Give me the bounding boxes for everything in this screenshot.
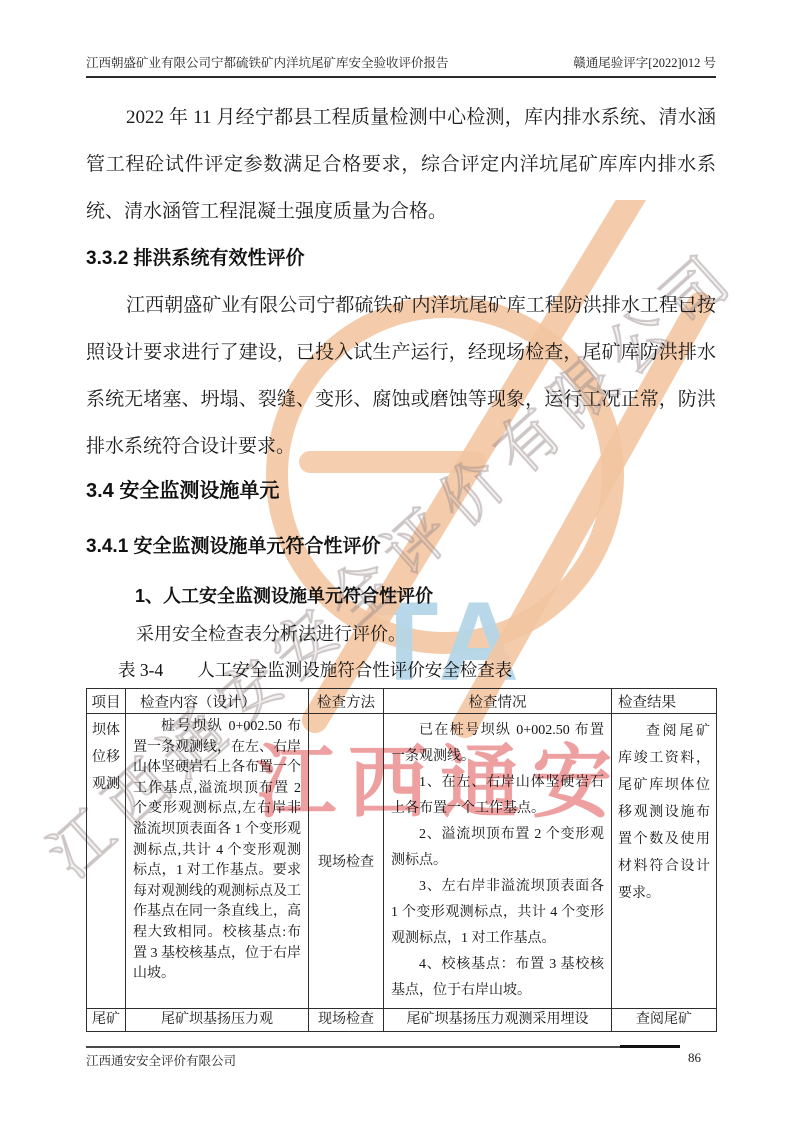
table-header-row: 项目 检查内容（设计） 检查方法 检查情况 检查结果 xyxy=(87,689,717,714)
footer-rule-thick-segment xyxy=(620,1045,680,1048)
header-rule xyxy=(86,76,716,78)
cell-content: 尾矿坝基扬压力观 xyxy=(126,1009,309,1032)
footer-company: 江西通安安全评价有限公司 xyxy=(86,1051,236,1069)
col-header-item: 项目 xyxy=(87,689,126,714)
subheading-manual-monitoring: 1、人工安全监测设施单元符合性评价 xyxy=(135,582,433,608)
situation-paragraph: 1、在左、右岸山体坚硬岩石上各布置一个工作基点。 xyxy=(391,770,604,822)
header-doc-number: 赣通尾验评字[2022]012 号 xyxy=(573,53,716,71)
paragraph-checklist-method: 采用安全检查表分析法进行评价。 xyxy=(86,620,716,646)
page-header: 江西朝盛矿业有限公司宁都硫铁矿内洋坑尾矿库安全验收评价报告 赣通尾验评字[202… xyxy=(86,53,716,71)
cell-situation: 尾矿坝基扬压力观测采用埋设 xyxy=(384,1009,612,1032)
situation-paragraph: 3、左右岸非溢流坝顶表面各 1 个变形观测标点，共计 4 个变形观测标点，1 对… xyxy=(391,874,604,952)
cell-item: 坝体位移观测 xyxy=(87,714,126,1009)
paragraph-concrete-quality: 2022 年 11 月经宁都县工程质量检测中心检测，库内排水系统、清水涵管工程砼… xyxy=(86,94,716,235)
cell-method: 现场检查 xyxy=(309,1009,384,1032)
col-header-result: 检查结果 xyxy=(612,689,717,714)
cell-situation: 已在桩号坝纵 0+002.50 布置一条观测线。 1、在左、右岸山体坚硬岩石上各… xyxy=(384,714,612,1009)
heading-3-4: 3.4 安全监测设施单元 xyxy=(86,474,279,503)
col-header-content: 检查内容（设计） xyxy=(126,689,309,714)
table-caption-title: 人工安全监测设施符合性评价安全检查表 xyxy=(197,660,512,680)
heading-3-3-2: 3.3.2 排洪系统有效性评价 xyxy=(86,243,305,270)
table-row: 坝体位移观测 桩号坝纵 0+002.50 布置一条观测线，在左、右岸山体坚硬岩石… xyxy=(87,714,717,1009)
col-header-situation: 检查情况 xyxy=(384,689,612,714)
situation-paragraph: 4、校核基点：布置 3 基校核基点，位于右岸山坡。 xyxy=(391,952,604,1004)
situation-paragraph: 已在桩号坝纵 0+002.50 布置一条观测线。 xyxy=(391,718,604,770)
cell-result: 查阅尾矿 xyxy=(612,1009,717,1032)
document-page: TA 江西通安安全评价有限公司 江西通安 江西朝盛矿业有限公司宁都硫铁矿内洋坑尾… xyxy=(0,0,800,1131)
page-number: 86 xyxy=(688,1050,701,1066)
col-header-method: 检查方法 xyxy=(309,689,384,714)
cell-method: 现场检查 xyxy=(309,714,384,1009)
cell-result: 查阅尾矿库竣工资料，尾矿库坝体位移观测设施布置个数及使用材料符合设计要求。 xyxy=(612,714,717,1009)
heading-3-4-1: 3.4.1 安全监测设施单元符合性评价 xyxy=(86,531,381,558)
table-row: 尾矿 尾矿坝基扬压力观 现场检查 尾矿坝基扬压力观测采用埋设 查阅尾矿 xyxy=(87,1009,717,1032)
cell-content: 桩号坝纵 0+002.50 布置一条观测线，在左、右岸山体坚硬岩石上各布置一个工… xyxy=(126,714,309,1009)
table-caption-label: 表 3-4 xyxy=(118,660,163,680)
cell-item: 尾矿 xyxy=(87,1009,126,1032)
safety-checklist-table: 项目 检查内容（设计） 检查方法 检查情况 检查结果 坝体位移观测 桩号坝纵 0… xyxy=(86,688,717,1032)
situation-paragraph: 2、溢流坝顶布置 2 个变形观测标点。 xyxy=(391,822,604,874)
table-caption: 表 3-4人工安全监测设施符合性评价安全检查表 xyxy=(118,657,512,682)
footer-rule xyxy=(86,1046,680,1048)
header-report-title: 江西朝盛矿业有限公司宁都硫铁矿内洋坑尾矿库安全验收评价报告 xyxy=(86,53,449,71)
paragraph-flood-drainage: 江西朝盛矿业有限公司宁都硫铁矿内洋坑尾矿库工程防洪排水工程已按照设计要求进行了建… xyxy=(86,282,716,470)
